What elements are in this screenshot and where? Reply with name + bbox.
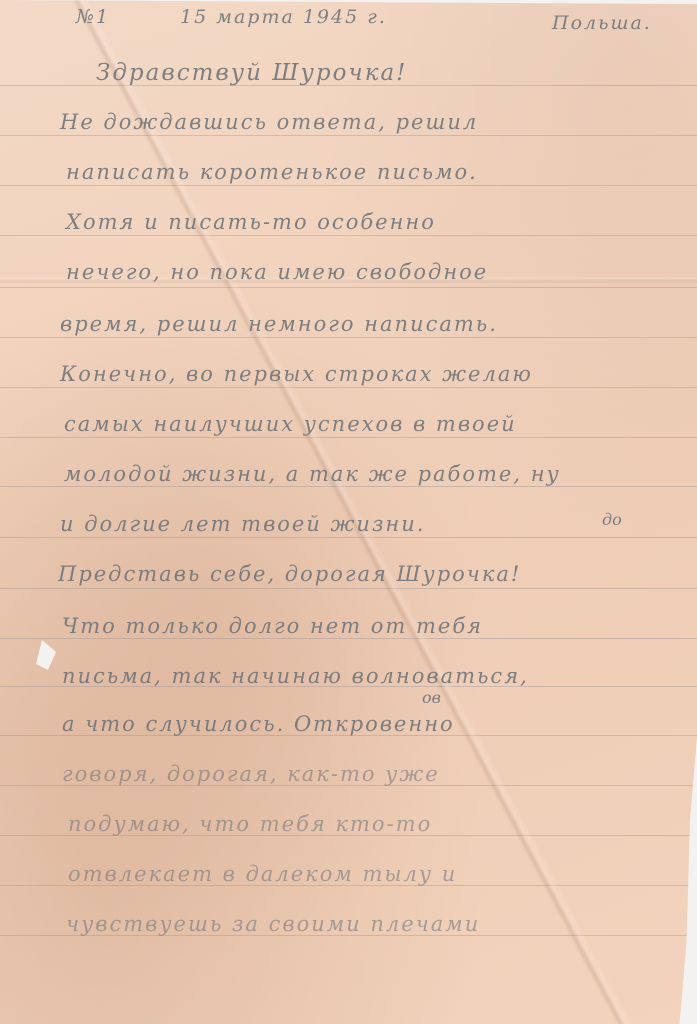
- letter-line: молодой жизни, а так же работе, ну: [64, 462, 561, 486]
- letter-greeting: Здравствуй Шурочка!: [96, 60, 407, 86]
- letter-line: время, решил немного написать.: [60, 312, 498, 336]
- letter-line: подумаю, что тебя кто-то: [68, 812, 432, 836]
- letter-line: чувствуешь за своими плечами: [66, 912, 480, 936]
- letter-line: Представь себе, дорогая Шурочка!: [58, 562, 521, 586]
- letter-number: №1: [76, 6, 110, 28]
- letter-line: а что случилось. Откровенно: [62, 712, 455, 736]
- letter-place: Польша.: [552, 12, 652, 34]
- letter-line: Конечно, во первых строках желаю: [60, 362, 533, 386]
- letter-line: письма, так начинаю волноваться,: [62, 664, 529, 688]
- letter-line: и долгие лет твоей жизни.: [60, 512, 425, 536]
- letter-line: Хотя и писать-то особенно: [66, 210, 436, 234]
- letter-line: написать коротенькое письмо.: [66, 160, 478, 184]
- letter-line: нечего, но пока имею свободное: [66, 260, 488, 284]
- letter-line: самых наилучших успехов в твоей: [64, 412, 517, 436]
- letter-line: отвлекает в далеком тылу и: [68, 862, 457, 886]
- paper-tear: [36, 640, 56, 670]
- letter-line: Что только долго нет от тебя: [62, 614, 483, 638]
- letter-sheet: №1 15 марта 1945 г. Польша. Здравствуй Ш…: [0, 0, 697, 1024]
- letter-date: 15 марта 1945 г.: [180, 6, 387, 28]
- letter-line: Не дождавшись ответа, решил: [60, 110, 478, 134]
- margin-note: ов: [422, 688, 441, 707]
- letter-line: говоря, дорогая, как-то уже: [62, 762, 440, 786]
- margin-note: до: [602, 510, 622, 529]
